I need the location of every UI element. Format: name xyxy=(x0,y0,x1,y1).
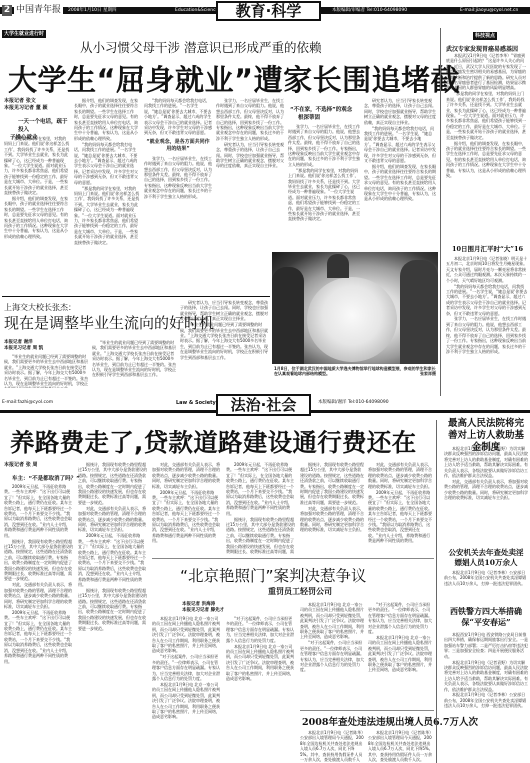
article2-subhead: 重罚员工轻罚公司 xyxy=(268,586,332,597)
page-header-top: 2 中国青年报 2008年1月10日 星期四 Education&Science… xyxy=(0,3,530,17)
sidebar-body-2: 本报北京1月9日电（记者张晓）明天是十五月初二，北京时间10日将发生月掩星现象。… xyxy=(446,256,528,391)
page2-sidebar-title-3: 西铁警方四大举措确保“平安春运” xyxy=(446,606,526,628)
article-body-col3: “我的妈妈每天都会给我打电话，问我找工作的进展。”一名学生说，“她总是说‘你要去… xyxy=(144,98,212,288)
section-en-label: Education&Science xyxy=(175,7,218,14)
article3-divider xyxy=(300,710,434,711)
sub-article-byline: 本报记者 谢洋 本报见习记者 周 凯 xyxy=(4,340,74,352)
photo-credit: 张家祥摄 xyxy=(420,371,436,376)
editor-line: 本版编辑/审编者 Tel:010-64098090 xyxy=(332,7,407,14)
page2-header: E-mail:fazhi@cyol.com Law & Society 法治·社… xyxy=(0,398,530,418)
page2-column-divider xyxy=(436,420,437,763)
article2-headline: “北京艳照门”案判决惹争议 xyxy=(180,564,367,586)
sidebar-title-2: 10日围月汇平时“大”16 xyxy=(452,244,530,253)
page-number: 2 xyxy=(2,5,12,16)
sidebar-body: 本报武汉1月9日电（记者李华）“胃癌到底是什么原因引起的？”这是许多人关心的问题… xyxy=(446,53,528,233)
page2-section-en: Law & Society xyxy=(176,400,216,406)
article-body-col2: 据介绍，他们的调查发现，在家长眼中，孩子的就业选择往往要符合家长的期望。一些学生… xyxy=(74,98,140,288)
article3-body-col1: 本报北京1月9日电（记者陈华）公安部出入境管理局今天通报，2008年全国边检机关… xyxy=(300,730,364,762)
article-body-col1: “那是我的同学在家里，对我的妈妈上门来说。他们说‘你这样怎么找工作’，我妈妈找了… xyxy=(4,136,70,286)
sub-article-divider xyxy=(2,296,270,297)
photo-globe-model xyxy=(307,277,397,362)
article-subhead-2: “不在家，不选择”的观念 根深蒂固 xyxy=(290,106,360,122)
page2-email-link[interactable]: E-mail:fazhi@cyol.com xyxy=(2,400,53,406)
article2-body-col1: 本报北京1月9日电 北京一家公司的员工因在网上传播他人隐私照片被判刑，而公司却只… xyxy=(152,616,222,760)
sub-article-body-2: “毕业生的就业问题已经到了需要调整的时候，我们需要更多的毕业生去中西部地区和基层… xyxy=(92,340,176,388)
sidebar-title: 武汉专家发现胃癌易感基因 xyxy=(446,44,530,53)
page2-body-col2: 据统计，我国现有收费公路里程超过15万公里，其中大部分是贷款建设的道路。按照规定… xyxy=(78,462,148,760)
page2-editor-line: 本版编辑/谢洋 Tel:010-64098090 xyxy=(318,400,389,406)
article-headline: 大学生“屈身就业”遭家长围追堵截 xyxy=(8,58,460,99)
article2-byline: 本报记者 洪海涛 本报见习记者 滕先才 xyxy=(182,602,252,614)
page2-sidebar-body-2: 本报北京1月9日电（记者李林）公安部日前公布，2008年全国公安机关共查处卖淫嫖… xyxy=(444,570,528,600)
sidebar-tag: 科技视点 xyxy=(473,32,497,40)
photo-person-left xyxy=(272,267,304,364)
page2-byline: 本报记者 张 周 xyxy=(4,462,64,469)
article2-divider xyxy=(152,558,434,559)
article-kicker: 从小习惯父母干涉 潜意识已形成严重的依赖 xyxy=(80,38,321,56)
page2-subhead: 车主：“不是都取消了吗？” xyxy=(12,474,80,482)
column-tag: 大学生就业进行时 xyxy=(2,30,46,38)
article2-body-col2: “对于这起案件，公司应当承担更多的责任。”一位律师表示，公司在管理客户信息方面存… xyxy=(226,616,296,760)
photo-person-back xyxy=(327,254,349,278)
paper-name-logo: 中国青年报 xyxy=(14,4,63,16)
sub-article-body-3: 研究者认为，应当引导家长转变观念，尊重孩子的选择，让孩子自己去闯。同时，学校也应… xyxy=(180,300,268,390)
article-body-col6: 研究者认为，应当引导家长转变观念，尊重孩子的选择，让孩子自己去闯。同时，学校也应… xyxy=(364,98,436,248)
page2-section-title-box: 法治·社会 xyxy=(216,394,311,416)
article2-body-col4: “对于这起案件，公司应当承担更多的责任。”一位律师表示，公司在管理客户信息方面存… xyxy=(368,602,434,706)
page2-body-col6: 对此，交通部有关负责人表示，将加强对收费公路的管理，清理不合理的收费站点，逐步减… xyxy=(368,462,434,554)
page2-body-col3: 对此，交通部有关负责人表示，将加强对收费公路的管理，清理不合理的收费站点，逐步减… xyxy=(152,462,222,554)
page2-sidebar-title-2: 公安机关去年查处卖淫嫖娼人员10万余人 xyxy=(446,548,526,568)
page2-body-col1: 2009年元旦起，不再征收养路费。一些车主欢呼：“这下出行可以便宜了！”但实际上… xyxy=(4,484,74,760)
column-divider xyxy=(440,28,441,396)
page2-headline: 养路费走了,贷款道路建设通行费还在 xyxy=(10,424,416,459)
page2-sidebar-body-3: 本报西安1月9日电 西安铁路公安局日前推出四大举措，确保春运期间旅客出行安全。一… xyxy=(444,632,528,762)
news-photo xyxy=(272,252,438,364)
page-date: 2008年1月10日 星期四 xyxy=(68,7,116,14)
article2-body-col3: 本报北京1月9日电 北京一家公司的员工因在网上传播他人隐私照片被判刑，而公司却只… xyxy=(300,602,364,706)
page2-body-col4: 2009年元旦起，不再征收养路费。一些车主欢呼：“这下出行可以便宜了！”但实际上… xyxy=(226,462,296,554)
article3-body-col2: 本报北京1月9日电（记者陈华）公安部出入境管理局今天通报，2008年全国边检机关… xyxy=(368,730,434,762)
page2-sidebar-body-1: 本报北京1月9日电（记者袁野）为切实解决群众反映强烈的涉诉信访问题，最高人民法院… xyxy=(444,446,528,542)
photo-caption: 1月8日，位于湖北武汉的中国地质大学逸夫博物馆举行地球构造模型展，参观的学生和家… xyxy=(274,366,436,378)
photo-person-right xyxy=(400,260,438,364)
page2-body-col5: 据统计，我国现有收费公路里程超过15万公里，其中大部分是贷款建设的道路。按照规定… xyxy=(300,462,364,554)
section-title-box: 教育·科学 xyxy=(216,1,321,21)
article-body-col4: 张学力，一名应届毕业生，在找工作时遇到了来自父母的阻力。他说，他想去西部工作，但… xyxy=(216,98,284,248)
sub-article-body-1: “毕业生的就业问题已经到了需要调整的时候，我们需要更多的毕业生去中西部地区和基层… xyxy=(4,354,88,388)
article-byline: 本报记者 张文 本报见习记者 董 颖 xyxy=(4,98,74,112)
email-link[interactable]: E-mail:jiaoyu@cyol.net.cn xyxy=(460,7,518,14)
article-body-col5: 张学力，一名应届毕业生，在找工作时遇到了来自父母的阻力。他说，他想去西部工作，但… xyxy=(288,124,360,248)
